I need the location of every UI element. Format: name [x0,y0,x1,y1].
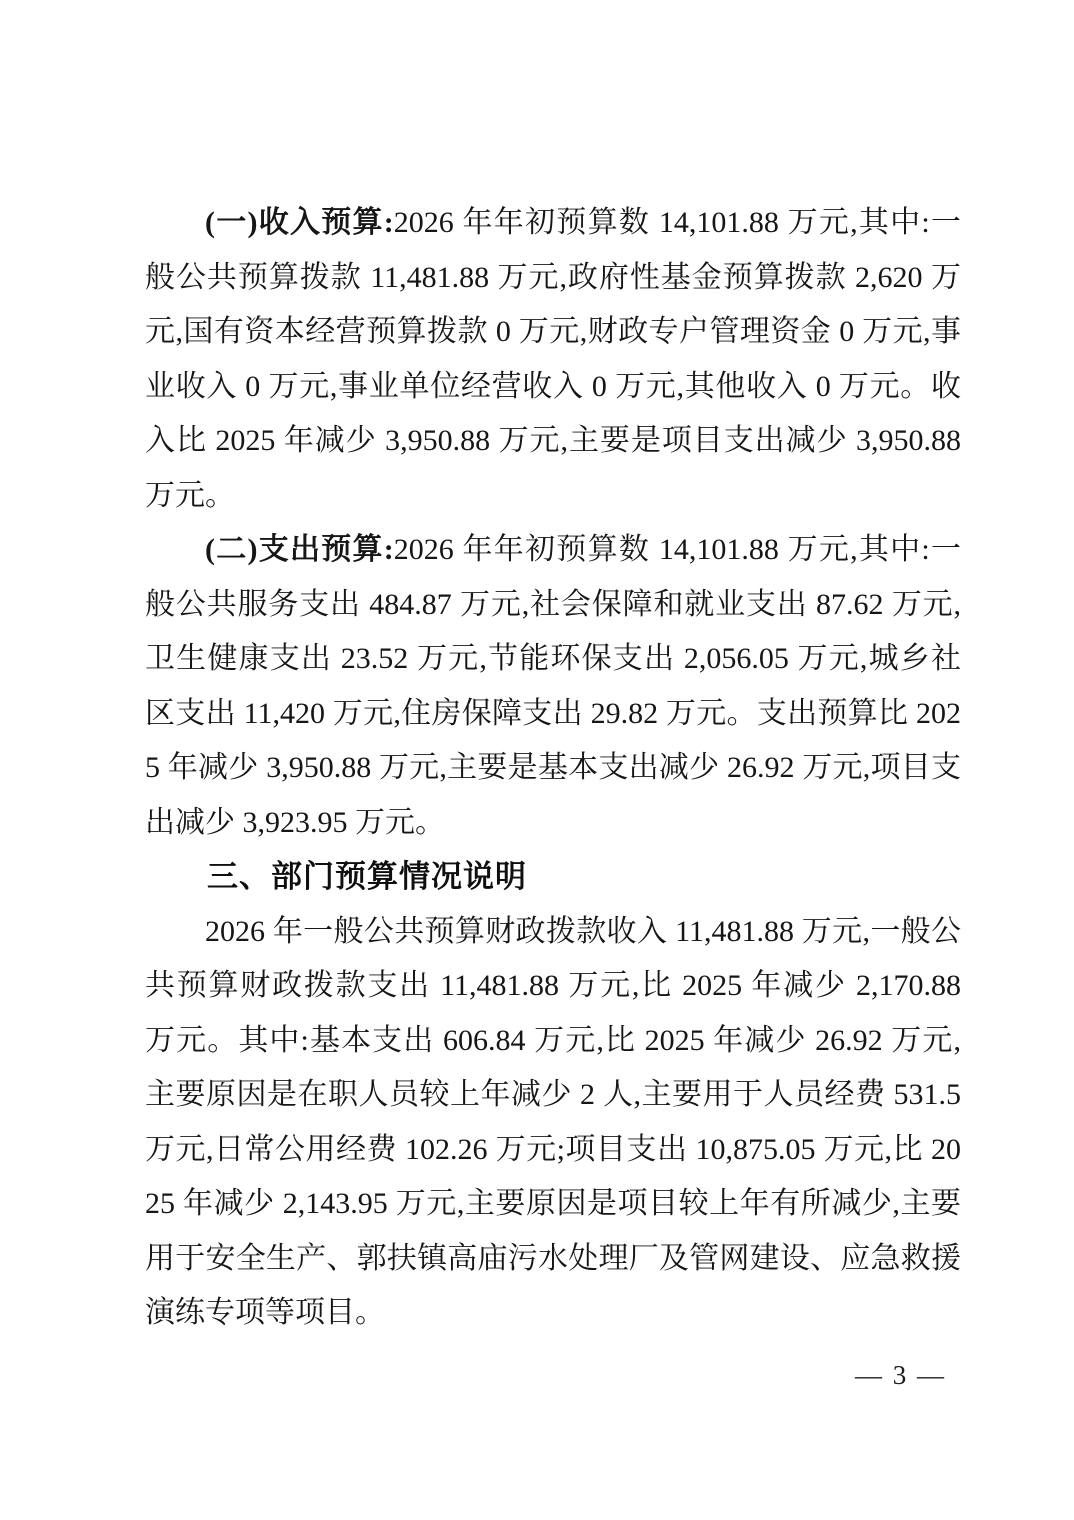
page-number: — 3 — [855,1360,946,1391]
document-page: (一)收入预算:2026 年年初预算数 14,101.88 万元,其中:一般公共… [0,0,1074,1520]
paragraph-income-budget-lead: (一)收入预算: [205,206,394,239]
paragraph-expenditure-budget: (二)支出预算:2026 年年初预算数 14,101.88 万元,其中:一般公共… [145,523,961,850]
paragraph-income-budget-text: 2026 年年初预算数 14,101.88 万元,其中:一般公共预算拨款 11,… [145,206,961,512]
paragraph-budget-explanation-text: 2026 年一般公共预算财政拨款收入 11,481.88 万元,一般公共预算财政… [145,915,961,1330]
paragraph-expenditure-budget-lead: (二)支出预算: [205,533,394,566]
paragraph-expenditure-budget-text: 2026 年年初预算数 14,101.88 万元,其中:一般公共服务支出 484… [145,533,961,839]
document-body: (一)收入预算:2026 年年初预算数 14,101.88 万元,其中:一般公共… [145,196,961,1341]
paragraph-income-budget: (一)收入预算:2026 年年初预算数 14,101.88 万元,其中:一般公共… [145,196,961,523]
section-heading-budget-explanation: 三、部门预算情况说明 [145,850,961,905]
paragraph-budget-explanation: 2026 年一般公共预算财政拨款收入 11,481.88 万元,一般公共预算财政… [145,905,961,1341]
